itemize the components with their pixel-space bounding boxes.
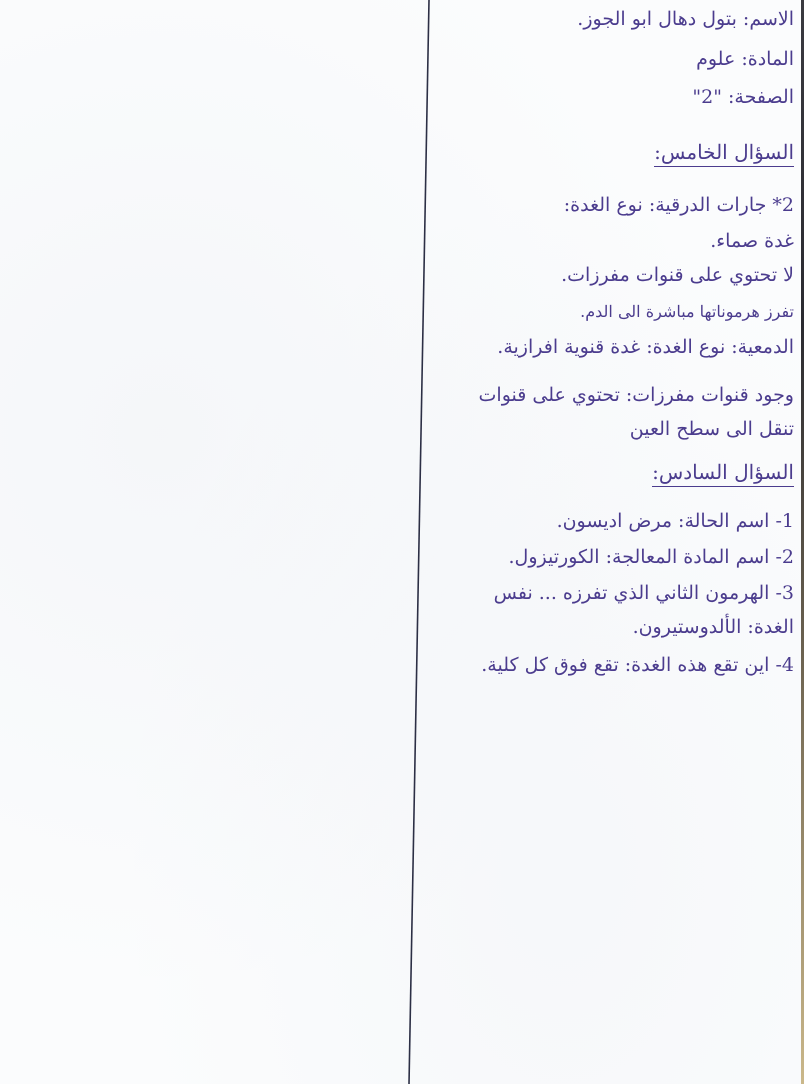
page-number: الصفحة: "2" <box>692 88 794 107</box>
question-6-title: السؤال السادس: <box>652 462 794 487</box>
answer-line: 2* جارات الدرقية: نوع الغدة: <box>564 196 794 215</box>
answer-line: 3- الهرمون الثاني الذي تفرزه ... نفس <box>494 584 794 603</box>
answer-line: 2- اسم المادة المعالجة: الكورتيزول. <box>509 548 795 567</box>
answer-line: 4- اين تقع هذه الغدة: تقع فوق كل كلية. <box>481 656 794 675</box>
question-5-title: السؤال الخامس: <box>654 142 794 167</box>
answer-line: الدمعية: نوع الغدة: غدة قنوية افرازية. <box>497 338 794 357</box>
answer-line: تفرز هرموناتها مباشرة الى الدم. <box>580 304 794 320</box>
answer-line: لا تحتوي على قنوات مفرزات. <box>561 266 794 285</box>
answer-line: الغدة: الألدوستيرون. <box>633 618 794 637</box>
answer-line: 1- اسم الحالة: مرض اديسون. <box>557 512 794 531</box>
answer-line: غدة صماء. <box>710 232 794 251</box>
student-name: الاسم: بتول دهال ابو الجوز. <box>577 10 794 29</box>
answer-sheet: الاسم: بتول دهال ابو الجوز. المادة: علوم… <box>432 0 800 1084</box>
subject: المادة: علوم <box>696 50 794 69</box>
answer-line: تنقل الى سطح العين <box>630 420 794 439</box>
answer-line: وجود قنوات مفرزات: تحتوي على قنوات <box>479 386 794 405</box>
